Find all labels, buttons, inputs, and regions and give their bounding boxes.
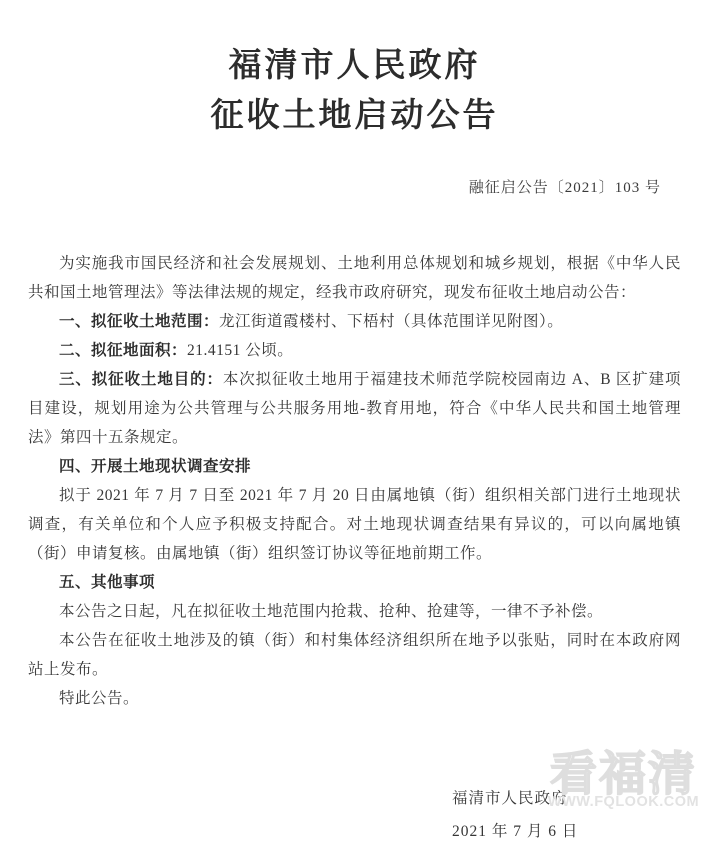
section-4-label: 四、开展土地现状调查安排 [59,458,251,475]
section-4-paragraph: 拟于 2021 年 7 月 7 日至 2021 年 7 月 20 日由属地镇（街… [28,481,681,568]
section-3-label: 三、拟征收土地目的： [59,371,223,388]
signature-issuer: 福清市人民政府 [452,782,578,815]
signature-date: 2021 年 7 月 6 日 [452,815,578,844]
signature-block: 福清市人民政府 2021 年 7 月 6 日 [452,782,578,844]
section-2-area: 二、拟征地面积：21.4151 公顷。 [28,336,681,365]
section-3-purpose: 三、拟征收土地目的：本次拟征收土地用于福建技术师范学院校园南边 A、B 区扩建项… [28,365,681,452]
section-2-text: 21.4151 公顷。 [187,342,293,359]
section-5-text-1: 本公告之日起，凡在拟征收土地范围内抢栽、抢种、抢建等，一律不予补偿。 [59,603,603,620]
section-5-paragraph-2: 本公告在征收土地涉及的镇（街）和村集体经济组织所在地予以张贴，同时在本政府网站上… [28,626,681,684]
notice-document: 福清市人民政府 征收土地启动公告 融征启公告〔2021〕103 号 为实施我市国… [0,0,709,844]
section-5-heading: 五、其他事项 [28,568,681,597]
document-number: 融征启公告〔2021〕103 号 [28,176,681,197]
document-title: 福清市人民政府 征收土地启动公告 [28,40,681,140]
section-5-paragraph-1: 本公告之日起，凡在拟征收土地范围内抢栽、抢种、抢建等，一律不予补偿。 [28,597,681,626]
closing-statement-text: 特此公告。 [59,690,139,707]
document-body: 为实施我市国民经济和社会发展规划、土地利用总体规划和城乡规划，根据《中华人民共和… [28,249,681,713]
section-5-text-2: 本公告在征收土地涉及的镇（街）和村集体经济组织所在地予以张贴，同时在本政府网站上… [28,632,681,678]
document-title-line1: 福清市人民政府 [229,46,481,83]
closing-statement: 特此公告。 [28,684,681,713]
document-title-line2: 征收土地启动公告 [211,96,499,133]
section-2-label: 二、拟征地面积： [59,342,187,359]
section-4-heading: 四、开展土地现状调查安排 [28,452,681,481]
section-1-label: 一、拟征收土地范围： [59,313,219,330]
section-5-label: 五、其他事项 [59,574,155,591]
section-1-text: 龙江街道霞楼村、下梧村（具体范围详见附图）。 [219,313,563,330]
section-4-text: 拟于 2021 年 7 月 7 日至 2021 年 7 月 20 日由属地镇（街… [28,487,681,562]
intro-paragraph: 为实施我市国民经济和社会发展规划、土地利用总体规划和城乡规划，根据《中华人民共和… [28,249,681,307]
intro-paragraph-text: 为实施我市国民经济和社会发展规划、土地利用总体规划和城乡规划，根据《中华人民共和… [28,255,681,301]
section-1-scope: 一、拟征收土地范围：龙江街道霞楼村、下梧村（具体范围详见附图）。 [28,307,681,336]
